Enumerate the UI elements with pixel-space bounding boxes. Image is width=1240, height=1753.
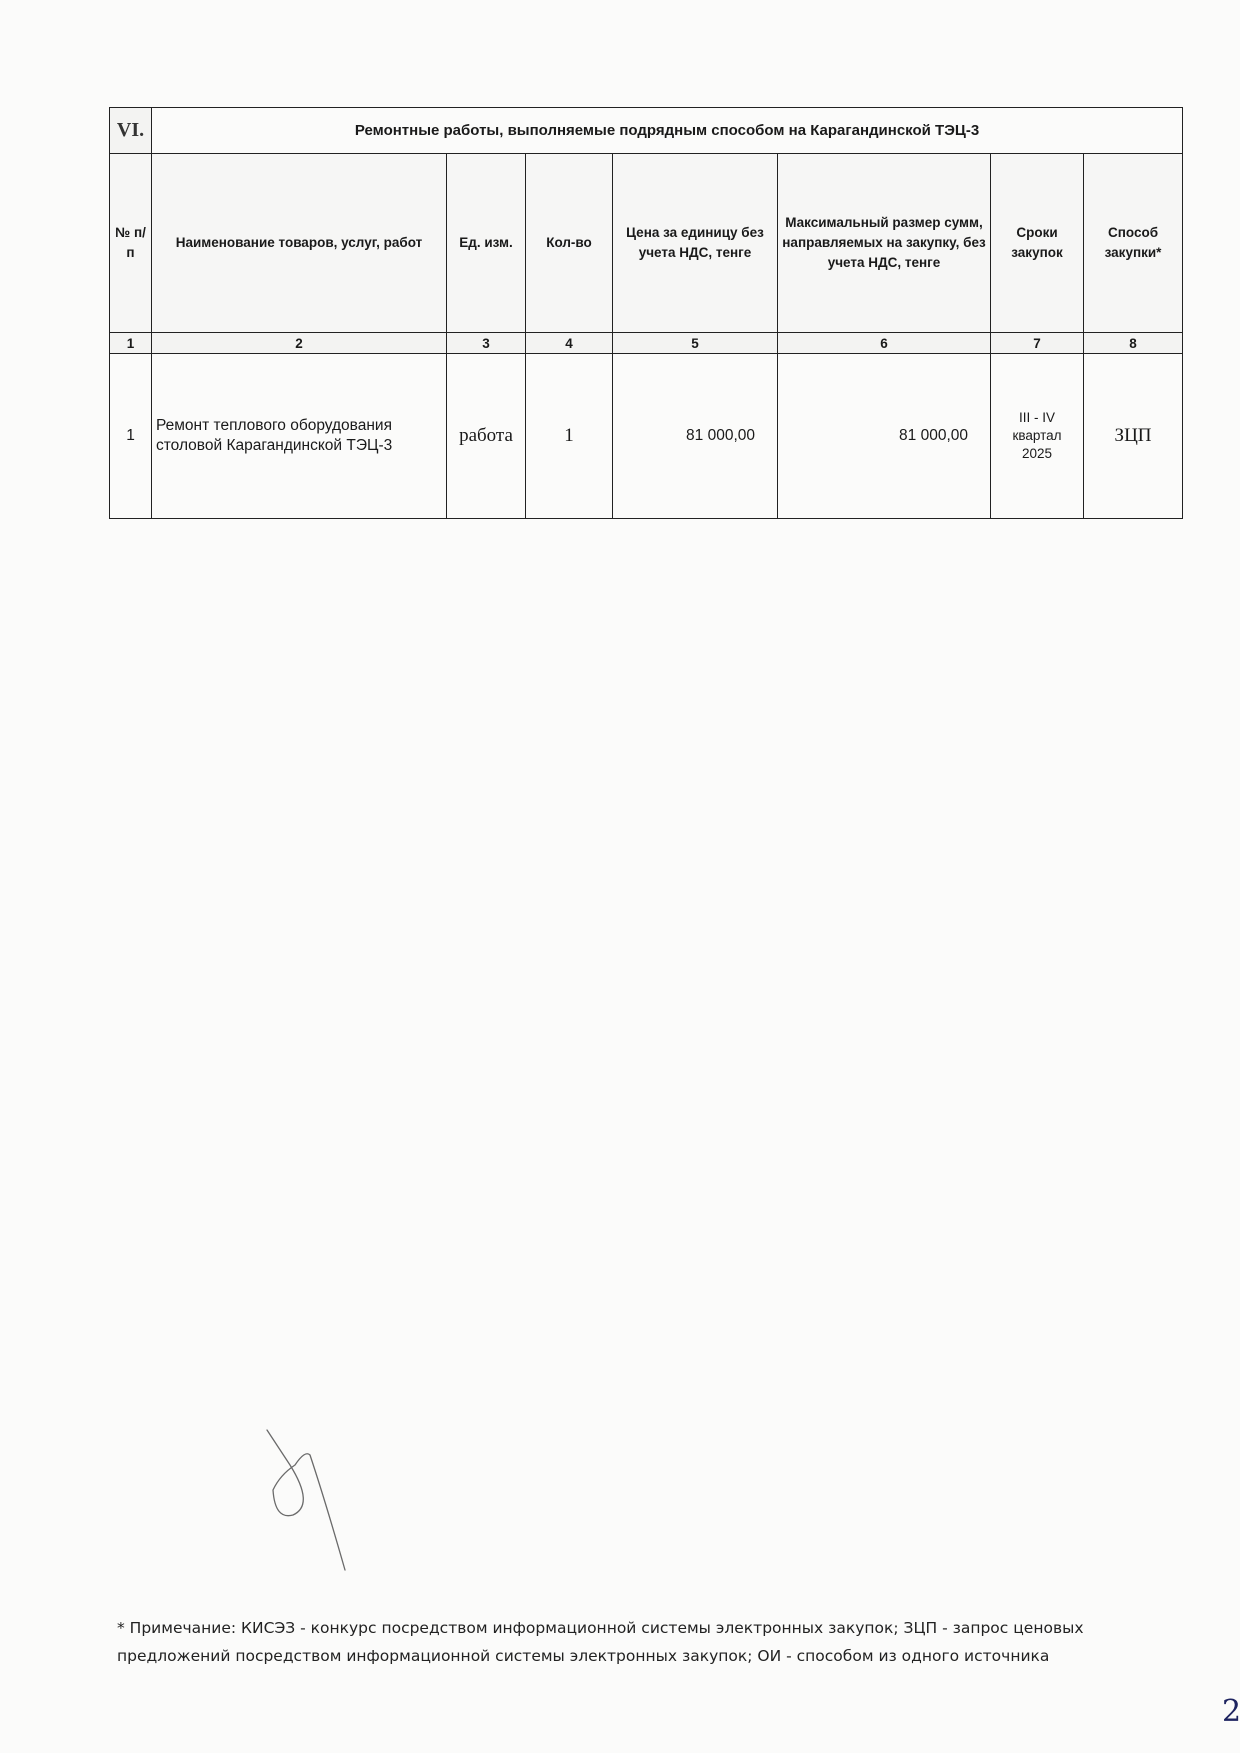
- period-quarters: III - IV: [994, 409, 1080, 427]
- header-unit: Ед. изм.: [447, 154, 526, 333]
- header-num: № п/п: [110, 154, 152, 333]
- column-number: 8: [1084, 333, 1183, 354]
- header-qty: Кол-во: [526, 154, 613, 333]
- header-period: Сроки закупок: [991, 154, 1084, 333]
- table-row: 1 Ремонт теплового оборудования столовой…: [110, 354, 1183, 519]
- row-period: III - IV квартал 2025: [991, 354, 1084, 519]
- column-number: 1: [110, 333, 152, 354]
- column-number: 2: [152, 333, 447, 354]
- header-row: № п/п Наименование товаров, услуг, работ…: [110, 154, 1183, 333]
- row-method: ЗЦП: [1084, 354, 1183, 519]
- row-num: 1: [110, 354, 152, 519]
- row-qty: 1: [526, 354, 613, 519]
- row-name: Ремонт теплового оборудования столовой К…: [152, 354, 447, 519]
- header-method: Способ закупки*: [1084, 154, 1183, 333]
- column-number: 6: [778, 333, 991, 354]
- procurement-table: VI. Ремонтные работы, выполняемые подряд…: [109, 107, 1183, 519]
- column-number-row: 1 2 3 4 5 6 7 8: [110, 333, 1183, 354]
- column-number: 4: [526, 333, 613, 354]
- column-number: 5: [613, 333, 778, 354]
- period-label: квартал: [994, 427, 1080, 445]
- header-max-amount: Максимальный размер сумм, направляемых н…: [778, 154, 991, 333]
- section-title: Ремонтные работы, выполняемые подрядным …: [152, 108, 1183, 154]
- row-max-amount: 81 000,00: [778, 354, 991, 519]
- column-number: 3: [447, 333, 526, 354]
- signature-icon: [255, 1420, 365, 1580]
- page-number: 2: [1222, 1694, 1240, 1729]
- row-unit-price: 81 000,00: [613, 354, 778, 519]
- section-number: VI.: [110, 108, 152, 154]
- row-unit: работа: [447, 354, 526, 519]
- header-name: Наименование товаров, услуг, работ: [152, 154, 447, 333]
- period-year: 2025: [994, 445, 1080, 463]
- column-number: 7: [991, 333, 1084, 354]
- section-row: VI. Ремонтные работы, выполняемые подряд…: [110, 108, 1183, 154]
- footnote: * Примечание: КИСЭЗ - конкурс посредство…: [117, 1614, 1147, 1670]
- header-unit-price: Цена за единицу без учета НДС, тенге: [613, 154, 778, 333]
